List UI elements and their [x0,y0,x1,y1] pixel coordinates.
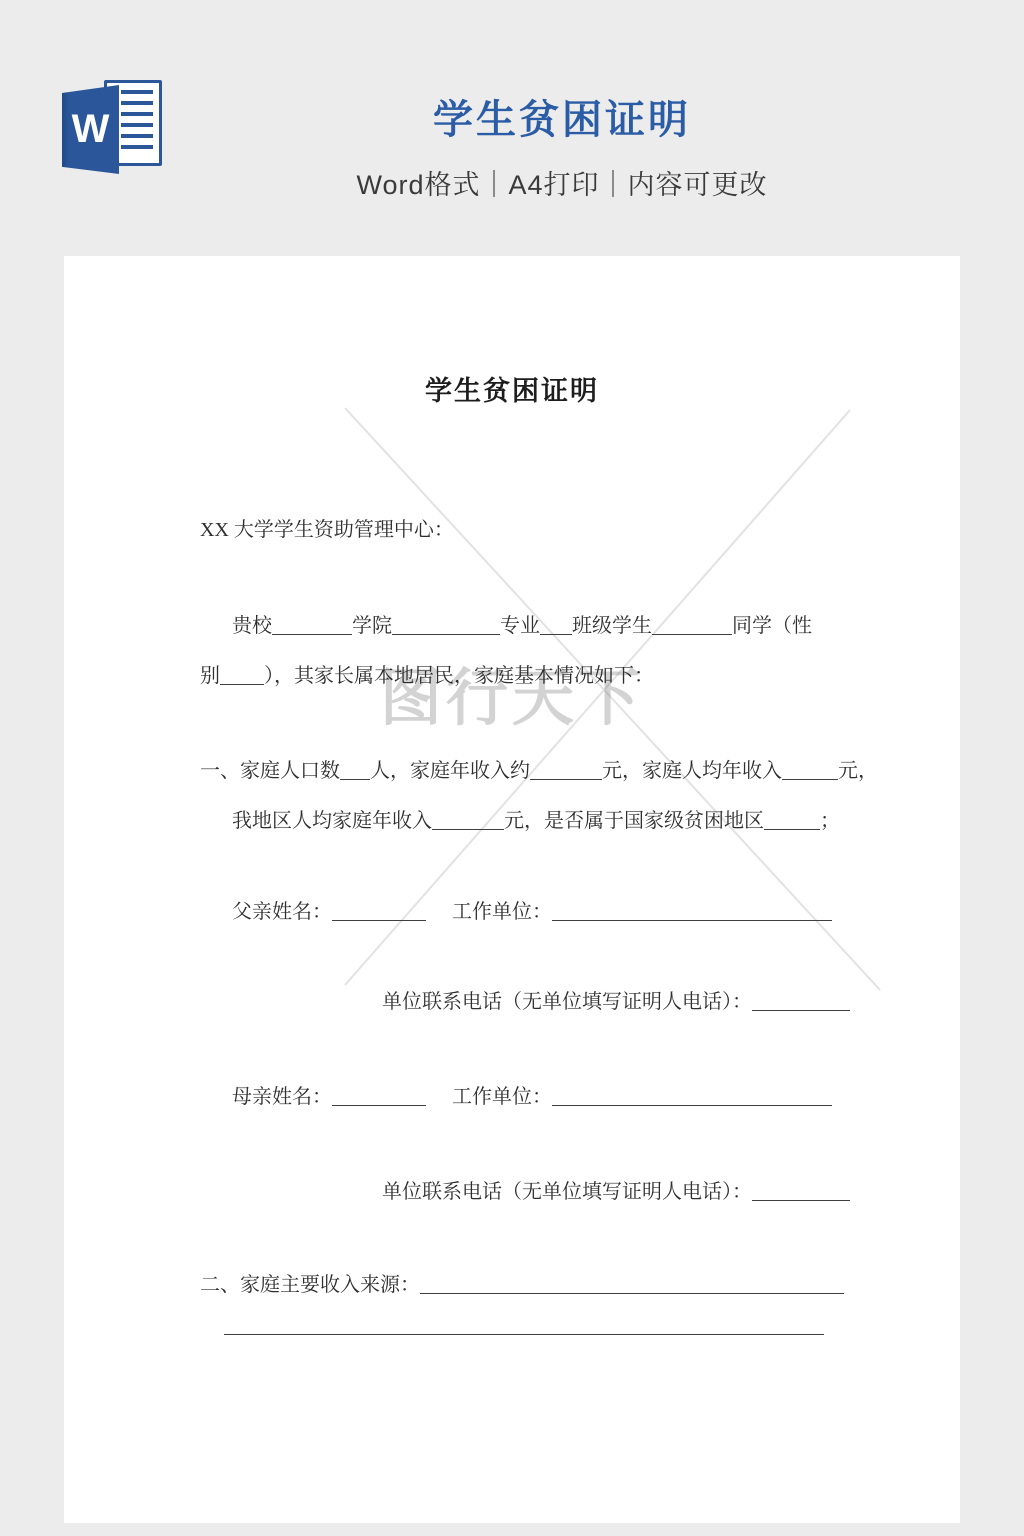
family-text: 元，家庭人均年收入 [602,760,782,782]
doc-family-line-1: 一、家庭人口数人，家庭年收入约元，家庭人均年收入元， [200,757,878,785]
blank-father-work [552,901,832,921]
blank-income-source-1 [420,1274,844,1294]
template-header: W 学生贫困证明 Word格式｜A4打印｜内容可更改 [0,0,1024,256]
blank-family-size [340,760,370,780]
doc-intro-line-2: 别），其家长属本地居民，家庭基本情况如下： [200,662,654,690]
blank-school [272,615,352,635]
intro-text: 班级学生 [572,615,652,637]
template-title: 学生贫困证明 [100,88,1024,145]
doc-mother-phone-line: 单位联系电话（无单位填写证明人电话）： [382,1178,850,1206]
blank-per-capita-income [782,760,838,780]
intro-text: 专业 [500,615,540,637]
blank-mother-name [332,1086,426,1106]
header-text-block: 学生贫困证明 Word格式｜A4打印｜内容可更改 [100,0,1024,202]
template-subtitle: Word格式｜A4打印｜内容可更改 [100,163,1024,202]
blank-gender [220,665,264,685]
blank-college [392,615,500,635]
blank-income-source-2 [224,1315,824,1335]
doc-salutation: XX 大学学生资助管理中心： [200,516,454,544]
blank-poor-region [764,810,820,830]
blank-father-name [332,901,426,921]
doc-income-source-line: 二、家庭主要收入来源： [200,1271,844,1299]
intro-text: 别 [200,665,220,687]
work-unit-label: 工作单位： [452,1086,552,1108]
blank-mother-work [552,1086,832,1106]
blank-mother-phone [752,1181,850,1201]
work-unit-label: 工作单位： [452,901,552,923]
family-text: 一、家庭人口数 [200,760,340,782]
doc-family-line-2: 我地区人均家庭年收入元，是否属于国家级贫困地区； [232,807,840,835]
blank-student-name [652,615,732,635]
intro-text: ），其家长属本地居民，家庭基本情况如下： [264,665,654,687]
intro-text: 贵校 [232,615,272,637]
phone-label: 单位联系电话（无单位填写证明人电话）： [382,991,752,1013]
intro-text: 学院 [352,615,392,637]
family-text: 我地区人均家庭年收入 [232,810,432,832]
family-text: 元，是否属于国家级贫困地区 [504,810,764,832]
doc-income-source-line-2 [224,1312,824,1340]
salutation-text: XX 大学学生资助管理中心： [200,519,454,541]
intro-text: 同学（性 [732,615,812,637]
blank-major [540,615,572,635]
income-source-label: 二、家庭主要收入来源： [200,1274,420,1296]
family-text: 元， [838,760,878,782]
document-page: 图行天下 学生贫困证明 XX 大学学生资助管理中心： 贵校学院专业班级学生同学（… [64,256,960,1523]
doc-intro-line-1: 贵校学院专业班级学生同学（性 [232,612,812,640]
phone-label: 单位联系电话（无单位填写证明人电话）： [382,1181,752,1203]
family-text: ； [820,810,840,832]
blank-region-income [432,810,504,830]
doc-father-line: 父亲姓名：工作单位： [232,898,832,926]
doc-father-phone-line: 单位联系电话（无单位填写证明人电话）： [382,988,850,1016]
blank-annual-income [530,760,602,780]
document-title: 学生贫困证明 [64,369,960,408]
doc-mother-line: 母亲姓名：工作单位： [232,1083,832,1111]
mother-name-label: 母亲姓名： [232,1086,332,1108]
father-name-label: 父亲姓名： [232,901,332,923]
blank-father-phone [752,991,850,1011]
family-text: 人，家庭年收入约 [370,760,530,782]
